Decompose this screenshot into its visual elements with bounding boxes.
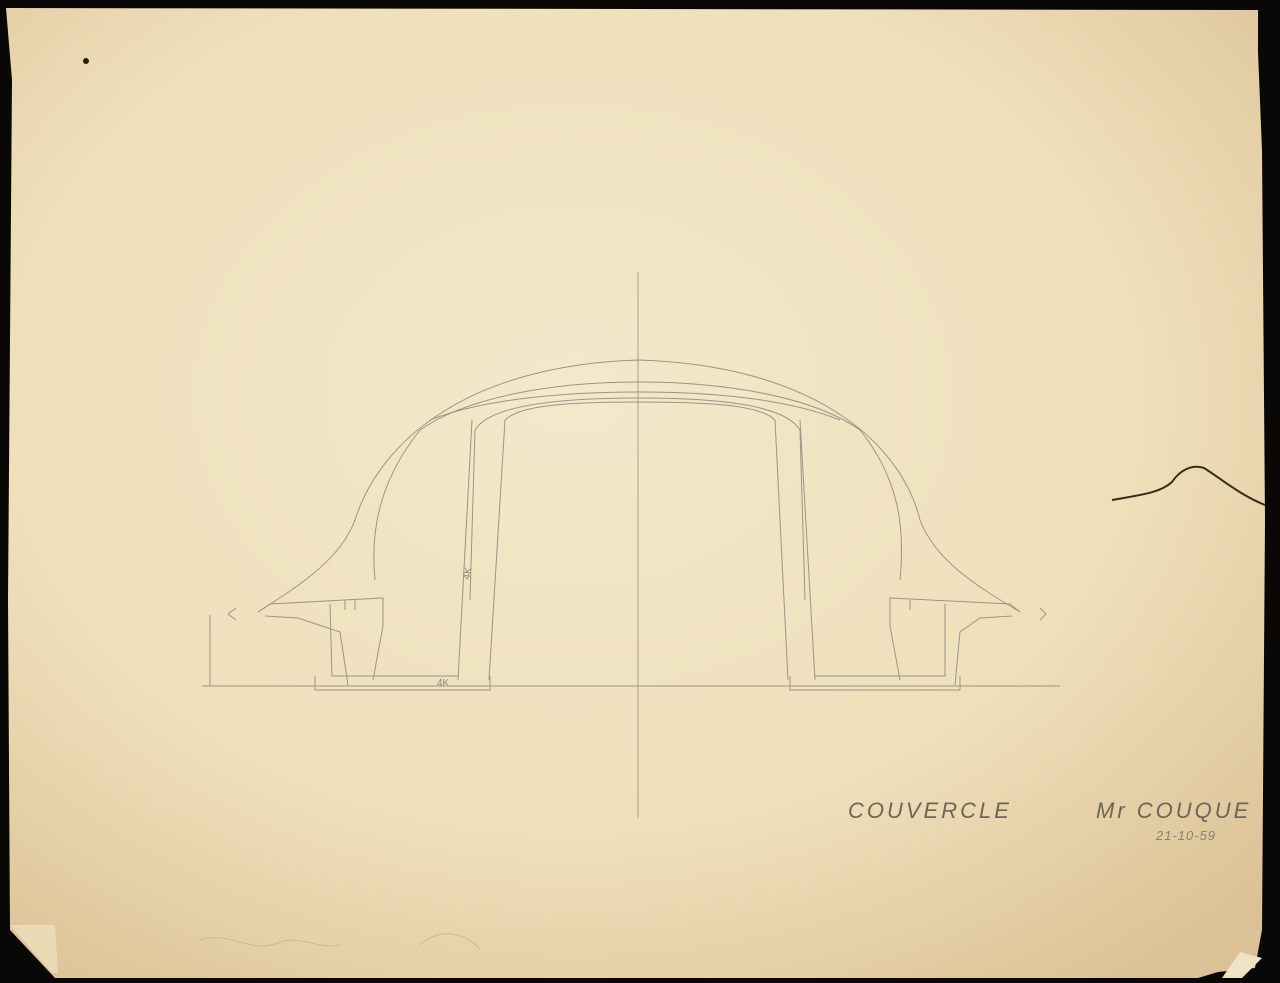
drawing-author: Mr COUQUE [1096, 798, 1251, 824]
drawing-date: 21-10-59 [1156, 828, 1216, 843]
paper-sheet [6, 8, 1265, 978]
wall-thickness-label-bottom: 4K [437, 678, 449, 689]
drawing-title: COUVERCLE [848, 798, 1012, 824]
folded-corner-left [10, 925, 58, 973]
ink-spot [83, 58, 89, 64]
scan-background: 4K 4K COUVERCLE Mr COUQUE 21-10-59 [0, 0, 1280, 983]
wall-thickness-label-vertical: 4K [462, 567, 475, 581]
drawing-sheet [0, 0, 1280, 983]
